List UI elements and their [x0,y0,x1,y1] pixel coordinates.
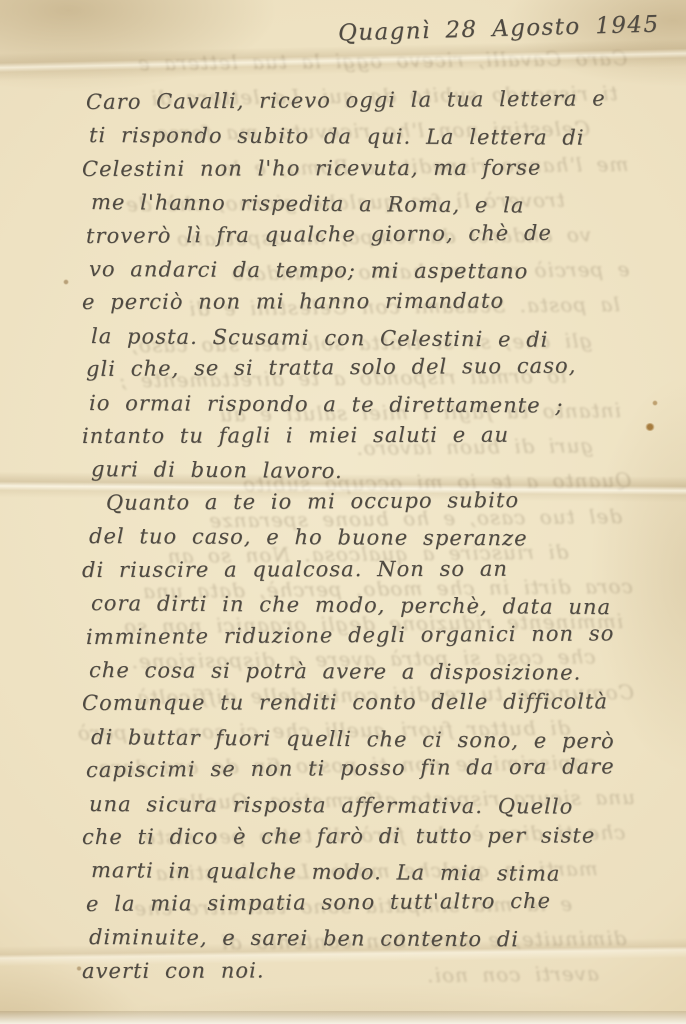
letter-line: Quanto a te io mi occupo subito [86,483,656,520]
letter-scan-page: Caro Cavalli, ricevo oggi la tua lettera… [0,0,686,1024]
letter-line: capiscimi se non ti posso fin da ora dar… [86,750,656,787]
letter-line: del tuo caso, e ho buone speranze [89,520,659,556]
letter-line: e la mia simpatia sono tutt'altro che [86,884,656,921]
letter-line: che ti dico è che farò di tutto per sist… [82,819,652,854]
letter-line: averti con noi. [82,953,652,988]
dateline: Quagnì 28 Agosto 1945 [338,12,660,47]
letter-line: e perciò non mi hanno rimandato [82,285,652,320]
letter-line: Comunque tu renditi conto delle difficol… [82,686,652,721]
letter-line: gli che, se si tratta solo del suo caso, [86,349,656,386]
letter-line: ti rispondo subito da qui. La lettera di [89,119,659,155]
letter-line: Celestini non l'ho ricevuta, ma forse [82,151,652,186]
letter-line: Caro Cavalli, ricevo oggi la tua lettera… [86,82,656,119]
letter-line: diminuite, e sarei ben contento di [89,921,659,957]
letter-line: di riuscire a qualcosa. Non so an [82,552,652,587]
letter-line: imminente riduzione degli organici non s… [86,617,656,654]
letter-body: Caro Cavalli, ricevo oggi la tua lettera… [86,86,656,988]
letter-line: troverò lì fra qualche giorno, chè de [86,216,656,253]
letter-line: intanto tu fagli i miei saluti e au [82,418,652,453]
letter-content: Quagnì 28 Agosto 1945 Caro Cavalli, rice… [0,0,686,1024]
